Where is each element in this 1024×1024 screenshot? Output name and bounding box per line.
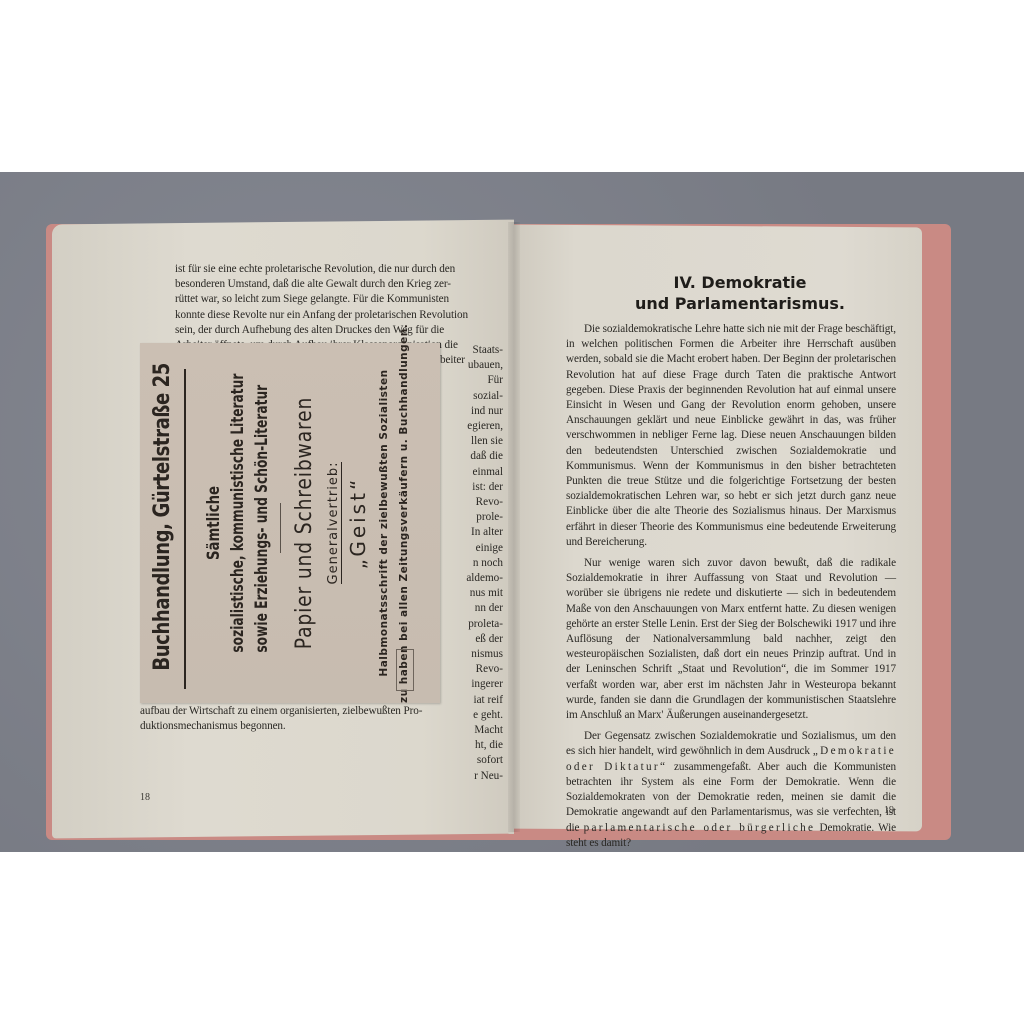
chapter-title: IV. Demokratie und Parlamentarismus. [560, 272, 920, 314]
text-line: aufbau der Wirtschaft zu einem organisie… [140, 704, 502, 719]
text-fragment: ind nur [441, 404, 503, 419]
page-number-right: 19 [884, 805, 894, 816]
card-divider [280, 503, 281, 553]
text-fragment: daß die [441, 449, 503, 464]
text-fragment: n noch [441, 556, 503, 571]
text-line: besonderen Umstand, daß die alte Gewalt … [175, 277, 502, 292]
card-distributor-label: Generalvertrieb: [326, 462, 342, 585]
emphasized-text: parlamentarische oder bürgerliche [584, 822, 816, 834]
book-gutter [508, 222, 520, 832]
text-fragment: sofort [441, 753, 503, 768]
text-fragment: einige [441, 541, 503, 556]
text-line: duktionsmechanismus begonnen. [140, 719, 502, 734]
printer-stamp [396, 649, 414, 691]
card-line: Papier und Schreibwaren [292, 370, 317, 676]
text-fragment: ist: der [441, 480, 503, 495]
text-fragment: In alter [441, 525, 503, 540]
text-fragment: ingerer [441, 677, 503, 692]
text-fragment: nus mit [441, 586, 503, 601]
inserted-advertisement-card: Buchhandlung, Gürtelstraße 25 Sämtliche … [140, 343, 440, 703]
card-headline: Buchhandlung, Gürtelstraße 25 [150, 375, 175, 670]
text-fragment: sozial- [441, 389, 503, 404]
card-rule [184, 369, 186, 689]
card-line: Halbmonatsschrift der zielbewußten Sozia… [378, 343, 390, 703]
card-line: sowie Erziehungs- und Schön-Literatur [252, 393, 272, 652]
text-fragment: proleta- [441, 617, 503, 632]
text-line: ist für sie eine echte proletarische Rev… [175, 262, 502, 277]
left-page-bottom-text: aufbau der Wirtschaft zu einem organisie… [140, 704, 502, 734]
right-page-body: Die sozialdemokratische Lehre hatte sich… [566, 322, 896, 857]
text-fragment: nismus [441, 647, 503, 662]
text-fragment: r Neu- [441, 769, 503, 784]
text-fragment: llen sie [441, 434, 503, 449]
text-fragment: Für [441, 373, 503, 388]
text-fragment: ht, die [441, 738, 503, 753]
text-fragment: Staats- [441, 343, 503, 358]
text-fragment: prole- [441, 510, 503, 525]
card-content: Buchhandlung, Gürtelstraße 25 Sämtliche … [140, 343, 440, 703]
text-line: konnte diese Revolte nur ein Anfang der … [175, 308, 502, 323]
card-line: Generalvertrieb: [326, 343, 341, 703]
card-line: Sämtliche [204, 383, 224, 664]
text-fragment: nn der [441, 601, 503, 616]
page-number-left: 18 [140, 792, 150, 803]
text-fragment: eß der [441, 632, 503, 647]
text-fragment: aldemo- [441, 571, 503, 586]
text-fragment: einmal [441, 465, 503, 480]
paragraph: Die sozialdemokratische Lehre hatte sich… [566, 322, 896, 550]
card-line: sozialistische, kommunistische Literatur [228, 393, 248, 652]
card-line: „Geist“ [346, 343, 370, 703]
chapter-title-line: und Parlamentarismus. [560, 293, 920, 314]
text-line: rüttet war, so leicht zum Siege gelangte… [175, 292, 502, 307]
text-fragment: egieren, [441, 419, 503, 434]
text-line: sein, der durch Aufhebung des alten Druc… [175, 323, 502, 338]
text-fragment: Revo- [441, 495, 503, 510]
paragraph: Nur wenige waren sich zuvor davon bewußt… [566, 556, 896, 723]
text-fragment: ubauen, [441, 358, 503, 373]
chapter-title-line: IV. Demokratie [560, 272, 920, 293]
text-fragment: Revo- [441, 662, 503, 677]
paragraph: Der Gegensatz zwischen Sozialdemokratie … [566, 729, 896, 851]
